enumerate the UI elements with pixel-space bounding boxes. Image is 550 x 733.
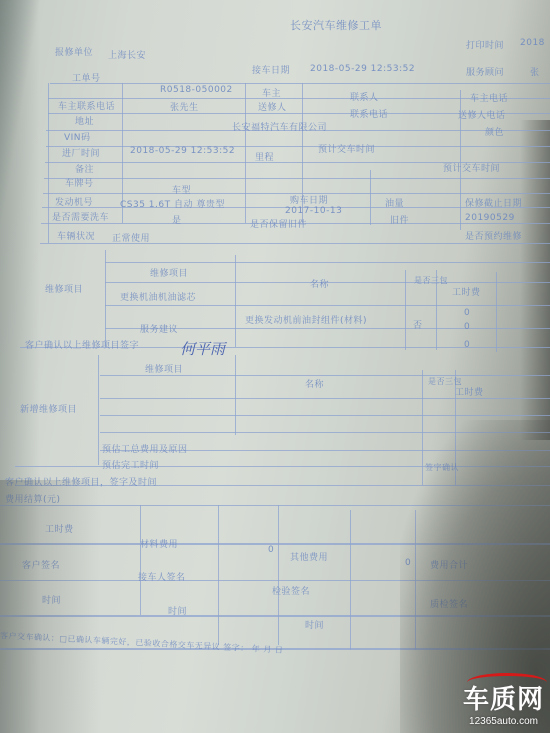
cell: 20190529 [465, 213, 515, 223]
col-warranty: 是否三包 [414, 275, 448, 286]
cell: 地址 [75, 114, 94, 127]
time-label: 时间 [305, 618, 324, 631]
table-rule [278, 505, 279, 645]
watermark: 车质网 12365auto.com [463, 679, 544, 727]
time-label: 时间 [168, 604, 187, 617]
document-title: 长安汽车维修工单 [290, 17, 382, 33]
service-advisor-label: 服务顾问 [466, 65, 504, 78]
shadow [0, 480, 100, 733]
other-fee-label: 其他费用 [290, 550, 328, 563]
cell: 预计交车时间 [318, 142, 375, 155]
col-name: 名称 [310, 277, 329, 290]
cell: 工单号 [72, 71, 101, 84]
order-date-value: 2018-05-29 12:53:52 [310, 64, 415, 74]
cell: 车主联系电话 [58, 99, 115, 112]
service-unit-label: 报修单位 [55, 45, 93, 58]
table-rule [370, 170, 371, 225]
order-date-label: 接车日期 [252, 63, 290, 76]
repair-item-labor: 0 [464, 340, 470, 350]
table-rule [100, 398, 550, 399]
cell: 联系电话 [350, 107, 388, 120]
cell: 购车日期 [290, 193, 328, 206]
customer-signature: 何平雨 [180, 338, 225, 359]
cell: CS35 1.6T 自动 尊贵型 [120, 197, 225, 210]
table-rule [100, 375, 550, 376]
cell: 保修截止日期 [465, 196, 522, 209]
cell: 是否保留旧件 [250, 217, 307, 230]
table-rule [496, 272, 497, 352]
table-rule [100, 415, 550, 416]
watermark-url: 12365auto.com [463, 716, 544, 727]
col-labor: 工时费 [455, 385, 484, 398]
cell: 是 [172, 213, 182, 226]
added-section-label: 新增维修项目 [20, 402, 77, 415]
cell: 车主电话 [470, 91, 508, 104]
table-rule [405, 270, 406, 350]
logo-swoosh-icon [467, 673, 547, 692]
cell: 送修人 [258, 100, 287, 113]
cell: 油量 [385, 196, 404, 209]
material-fee-value: 0 [268, 545, 274, 555]
table-rule [105, 250, 106, 347]
table-rule [44, 178, 550, 179]
table-rule [105, 305, 550, 306]
cell: 车牌号 [65, 176, 94, 189]
cell: 里程 [255, 150, 274, 163]
cell: R0518-050002 [160, 85, 233, 95]
customer-confirm-label: 客户确认以上维修项目签字 [25, 338, 139, 351]
print-time-label: 打印时间 [466, 38, 504, 51]
cell: 2018-05-29 12:53:52 [130, 146, 235, 156]
shadow [520, 120, 550, 440]
cell: 张先生 [170, 100, 199, 113]
cell: 是否需要洗车 [52, 210, 109, 223]
watermark-logo: 车质网 [463, 679, 544, 716]
cell: 车型 [172, 183, 191, 196]
repair-section-label: 维修项目 [45, 282, 83, 295]
repair-item-labor: 0 [464, 322, 470, 332]
table-rule [245, 83, 246, 223]
cell: 联系人 [350, 90, 379, 103]
cell: 旧件 [390, 213, 409, 226]
col-project: 维修项目 [150, 266, 188, 279]
receiver-sign-label: 接车人签名 [138, 570, 186, 583]
paper-document: 长安汽车维修工单 打印时间 2018 报修单位 上海长安 接车日期 2018-0… [0, 0, 550, 733]
table-rule [350, 510, 351, 650]
table-rule [48, 83, 49, 243]
service-unit-value: 上海长安 [108, 48, 146, 61]
repair-item-name: 更换发动机前油封组件(材料) [245, 313, 367, 326]
service-advisor-value: 张 [530, 65, 540, 78]
cell: 发动机号 [55, 195, 93, 208]
cell: 送修人电话 [458, 108, 506, 121]
service-advice-label: 服务建议 [140, 322, 178, 335]
table-rule [105, 262, 550, 263]
cell: VIN码 [64, 130, 91, 143]
table-rule [218, 505, 219, 645]
cell: 车辆状况 [57, 229, 95, 242]
cell: 正常使用 [112, 231, 150, 244]
table-rule [235, 255, 236, 347]
col-name: 名称 [305, 377, 324, 390]
material-fee-label: 材料费用 [140, 537, 178, 550]
repair-item: 更换机油机油滤芯 [120, 290, 196, 303]
table-rule [140, 505, 141, 615]
cell: 长安福特汽车有限公司 [232, 120, 327, 133]
cell: 进厂时间 [62, 146, 100, 159]
checker-sign-label: 检验签名 [272, 584, 310, 597]
table-rule [98, 355, 99, 465]
cell: 车主 [262, 86, 281, 99]
cell: 预计交车时间 [443, 161, 500, 174]
repair-item-labor: 0 [464, 308, 470, 318]
cell: 备注 [75, 162, 94, 175]
table-rule [235, 355, 236, 435]
added-note-1: 预估工总费用及原因 [102, 442, 188, 455]
print-time-value: 2018 [520, 38, 545, 48]
cell: 颜色 [485, 125, 504, 138]
col-project: 维修项目 [145, 362, 183, 375]
col-labor: 工时费 [452, 285, 481, 298]
repair-item-warranty: 否 [413, 318, 423, 331]
cell: 是否预约维修 [465, 229, 522, 242]
added-note-2: 预估完工时间 [102, 458, 159, 471]
table-rule [50, 83, 550, 84]
cell: 2017-10-13 [285, 206, 342, 216]
